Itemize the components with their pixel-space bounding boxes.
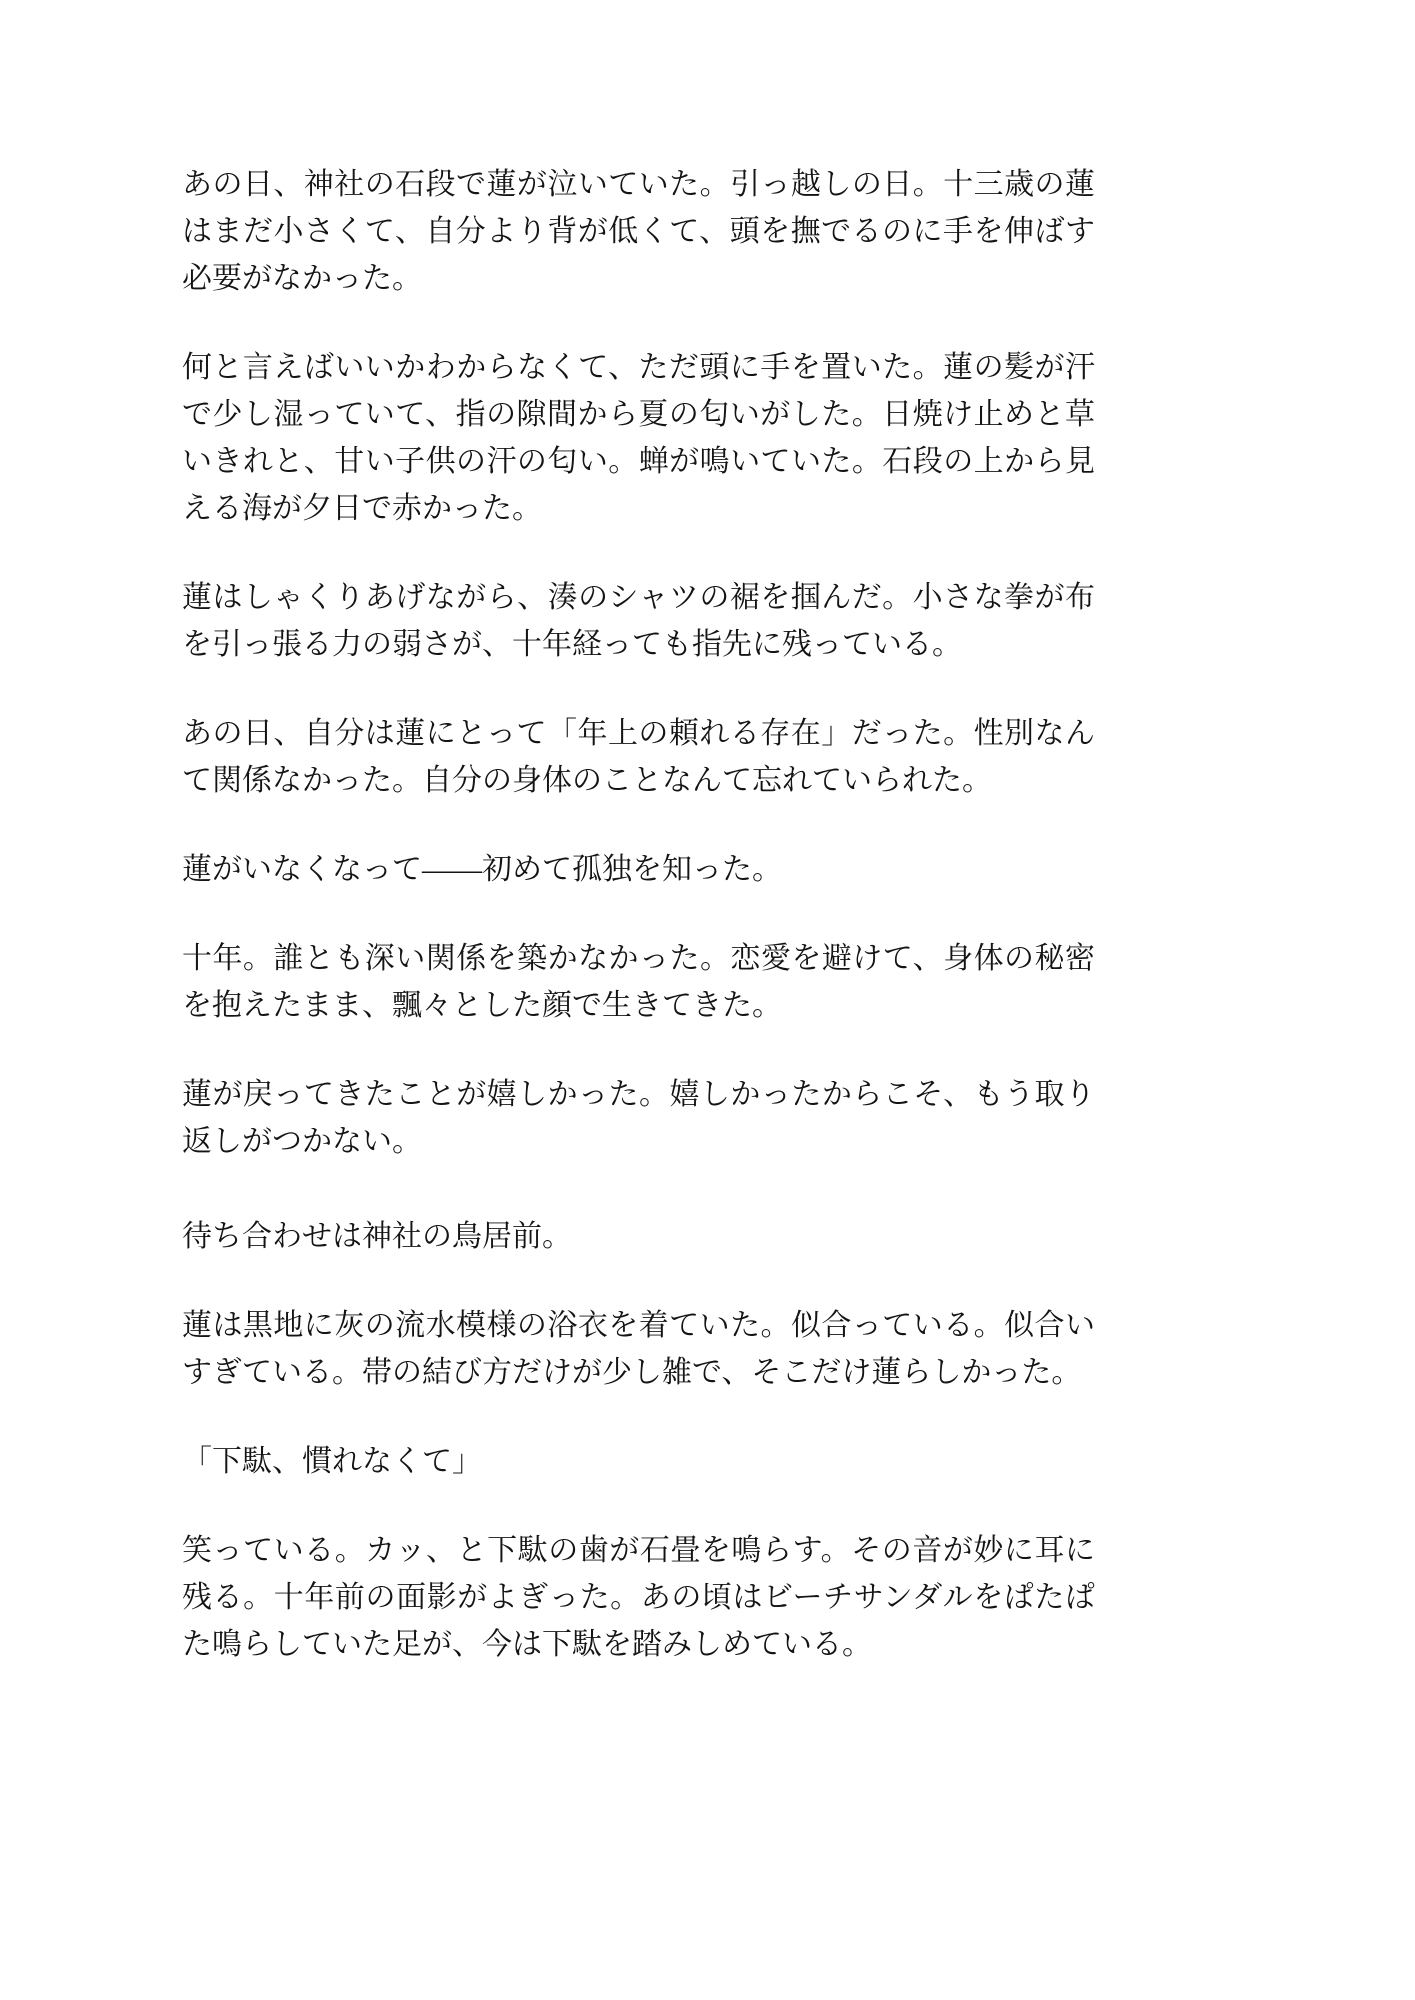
paragraph: あの日、自分は蓮にとって「年上の頼れる存在」だった。性別なんて関係なかった。自分… — [182, 710, 1095, 804]
paragraph: 十年。誰とも深い関係を築かなかった。恋愛を避けて、身体の秘密を抱えたまま、飄々と… — [182, 935, 1095, 1029]
text-line: て関係なかった。自分の身体のことなんて忘れていられた。 — [182, 757, 1095, 804]
text-line: あの日、神社の石段で蓮が泣いていた。引っ越しの日。十三歳の蓮 — [182, 161, 1095, 208]
paragraph: 蓮がいなくなって——初めて孤独を知った。 — [182, 846, 1095, 893]
text-line: 十年。誰とも深い関係を築かなかった。恋愛を避けて、身体の秘密 — [182, 935, 1095, 982]
text-line: 返しがつかない。 — [182, 1118, 1095, 1165]
text-line: いきれと、甘い子供の汗の匂い。蝉が鳴いていた。石段の上から見 — [182, 438, 1095, 485]
text-line: た鳴らしていた足が、今は下駄を踏みしめている。 — [182, 1621, 1095, 1668]
paragraph: 何と言えばいいかわからなくて、ただ頭に手を置いた。蓮の髪が汗で少し湿っていて、指… — [182, 344, 1095, 532]
paragraph: 蓮が戻ってきたことが嬉しかった。嬉しかったからこそ、もう取り返しがつかない。 — [182, 1071, 1095, 1165]
text-line: 蓮はしゃくりあげながら、湊のシャツの裾を掴んだ。小さな拳が布 — [182, 574, 1095, 621]
text-line: 待ち合わせは神社の鳥居前。 — [182, 1213, 1095, 1260]
paragraph: 待ち合わせは神社の鳥居前。 — [182, 1213, 1095, 1260]
story-text-block: あの日、神社の石段で蓮が泣いていた。引っ越しの日。十三歳の蓮はまだ小さくて、自分… — [182, 161, 1095, 1668]
text-line: あの日、自分は蓮にとって「年上の頼れる存在」だった。性別なん — [182, 710, 1095, 757]
text-line: で少し湿っていて、指の隙間から夏の匂いがした。日焼け止めと草 — [182, 391, 1095, 438]
text-line: える海が夕日で赤かった。 — [182, 485, 1095, 532]
paragraph: あの日、神社の石段で蓮が泣いていた。引っ越しの日。十三歳の蓮はまだ小さくて、自分… — [182, 161, 1095, 302]
paragraph: 蓮は黒地に灰の流水模様の浴衣を着ていた。似合っている。似合いすぎている。帯の結び… — [182, 1302, 1095, 1396]
story-section-2: 待ち合わせは神社の鳥居前。蓮は黒地に灰の流水模様の浴衣を着ていた。似合っている。… — [182, 1213, 1095, 1668]
text-line: 何と言えばいいかわからなくて、ただ頭に手を置いた。蓮の髪が汗 — [182, 344, 1095, 391]
story-section-1: あの日、神社の石段で蓮が泣いていた。引っ越しの日。十三歳の蓮はまだ小さくて、自分… — [182, 161, 1095, 1165]
text-line: 蓮がいなくなって——初めて孤独を知った。 — [182, 846, 1095, 893]
text-line: 必要がなかった。 — [182, 255, 1095, 302]
text-line: を引っ張る力の弱さが、十年経っても指先に残っている。 — [182, 621, 1095, 668]
paragraph: 笑っている。カッ、と下駄の歯が石畳を鳴らす。その音が妙に耳に残る。十年前の面影が… — [182, 1527, 1095, 1668]
text-line: 「下駄、慣れなくて」 — [182, 1438, 1095, 1485]
paragraph: 「下駄、慣れなくて」 — [182, 1438, 1095, 1485]
text-line: 残る。十年前の面影がよぎった。あの頃はビーチサンダルをぱたぱ — [182, 1574, 1095, 1621]
text-line: はまだ小さくて、自分より背が低くて、頭を撫でるのに手を伸ばす — [182, 208, 1095, 255]
paragraph: 蓮はしゃくりあげながら、湊のシャツの裾を掴んだ。小さな拳が布を引っ張る力の弱さが… — [182, 574, 1095, 668]
text-line: 蓮が戻ってきたことが嬉しかった。嬉しかったからこそ、もう取り — [182, 1071, 1095, 1118]
text-line: 蓮は黒地に灰の流水模様の浴衣を着ていた。似合っている。似合い — [182, 1302, 1095, 1349]
document-page: あの日、神社の石段で蓮が泣いていた。引っ越しの日。十三歳の蓮はまだ小さくて、自分… — [0, 0, 1415, 2000]
text-line: すぎている。帯の結び方だけが少し雑で、そこだけ蓮らしかった。 — [182, 1349, 1095, 1396]
text-line: 笑っている。カッ、と下駄の歯が石畳を鳴らす。その音が妙に耳に — [182, 1527, 1095, 1574]
text-line: を抱えたまま、飄々とした顔で生きてきた。 — [182, 982, 1095, 1029]
